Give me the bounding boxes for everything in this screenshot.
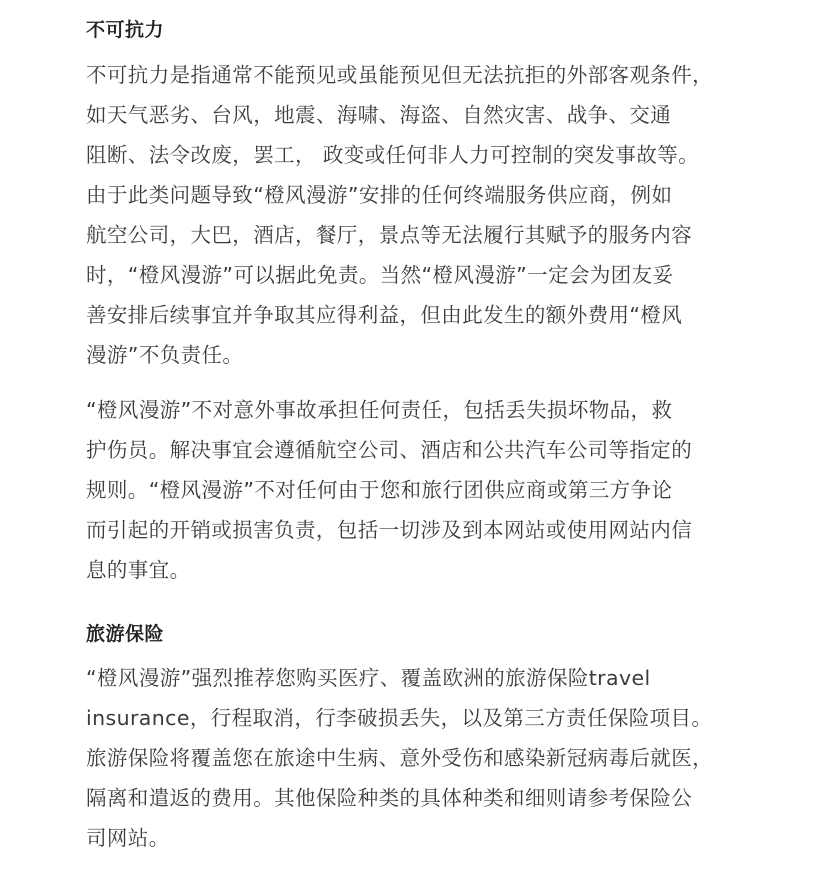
text-line: 旅游保险将覆盖您在旅途中生病、意外受伤和感染新冠病毒后就医， xyxy=(86,738,746,778)
text-line: 息的事宜。 xyxy=(86,550,746,590)
text-line: 而引起的开销或损害负责，包括一切涉及到本网站或使用网站内信 xyxy=(86,510,746,550)
text-line: 时，“橙风漫游”可以据此免责。当然“橙风漫游”一定会为团友妥 xyxy=(86,255,746,295)
text-line: 护伤员。解决事宜会遵循航空公司、酒店和公共汽车公司等指定的 xyxy=(86,430,746,470)
text-line: “橙风漫游”不对意外事故承担任何责任，包括丢失损坏物品，救 xyxy=(86,390,746,430)
text-line: 航空公司，大巴，酒店，餐厅，景点等无法履行其赋予的服务内容 xyxy=(86,215,746,255)
document-page: 不可抗力 不可抗力是指通常不能预见或虽能预见但无法抗拒的外部客观条件， 如天气恶… xyxy=(0,0,816,884)
text-line: 漫游”不负责任。 xyxy=(86,335,746,375)
paragraph-accident-liability: “橙风漫游”不对意外事故承担任何责任，包括丢失损坏物品，救 护伤员。解决事宜会遵… xyxy=(86,390,746,590)
text-line: “橙风漫游”强烈推荐您购买医疗、覆盖欧洲的旅游保险travel xyxy=(86,658,746,698)
paragraph-travel-insurance: “橙风漫游”强烈推荐您购买医疗、覆盖欧洲的旅游保险travel insuranc… xyxy=(86,658,746,858)
paragraph-force-majeure-definition: 不可抗力是指通常不能预见或虽能预见但无法抗拒的外部客观条件， 如天气恶劣、台风，… xyxy=(86,55,746,375)
text-line: 由于此类问题导致“橙风漫游”安排的任何终端服务供应商，例如 xyxy=(86,175,746,215)
text-line: 规则。“橙风漫游”不对任何由于您和旅行团供应商或第三方争论 xyxy=(86,470,746,510)
text-line: 善安排后续事宜并争取其应得利益，但由此发生的额外费用“橙风 xyxy=(86,295,746,335)
section-title-travel-insurance: 旅游保险 xyxy=(86,622,164,646)
text-line: 不可抗力是指通常不能预见或虽能预见但无法抗拒的外部客观条件， xyxy=(86,55,746,95)
text-line: insurance，行程取消，行李破损丢失，以及第三方责任保险项目。 xyxy=(86,698,746,738)
text-line: 阻断、法令改废，罢工， 政变或任何非人力可控制的突发事故等。 xyxy=(86,135,746,175)
text-line: 隔离和遣返的费用。其他保险种类的具体种类和细则请参考保险公 xyxy=(86,778,746,818)
text-line: 司网站。 xyxy=(86,818,746,858)
section-title-force-majeure: 不可抗力 xyxy=(86,18,164,42)
text-line: 如天气恶劣、台风，地震、海啸、海盗、自然灾害、战争、交通 xyxy=(86,95,746,135)
